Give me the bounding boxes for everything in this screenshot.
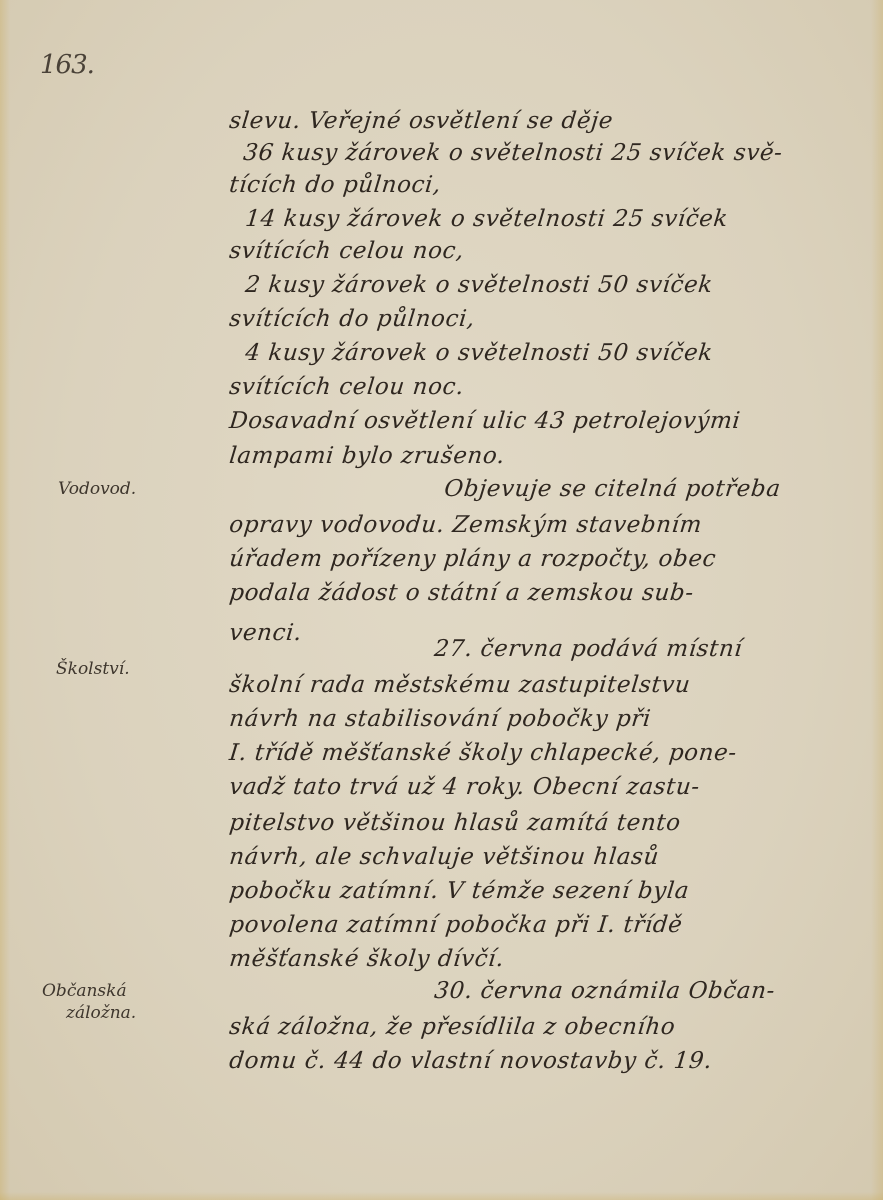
text-line: měšťanské školy dívčí. <box>228 946 505 972</box>
text-line: pobočku zatímní. V témže sezení byla <box>228 878 690 904</box>
text-line: úřadem pořízeny plány a rozpočty, obec <box>228 546 717 572</box>
margin-note-line-2: záložna. <box>42 1002 136 1024</box>
text-line: 30. června oznámila Občan- <box>228 978 776 1004</box>
text-line: tících do půlnoci, <box>228 172 442 198</box>
text-line: 36 kusy žárovek o světelnosti 25 svíček … <box>242 140 784 166</box>
margin-note-obcanska-zalozna: Občanská záložna. <box>42 980 136 1024</box>
text-line: svítících celou noc. <box>228 374 465 400</box>
margin-note-skolstvi: Školství. <box>56 658 130 680</box>
text-line: svítících celou noc, <box>228 238 465 264</box>
text-line: ská záložna, že přesídlila z obecního <box>228 1014 677 1040</box>
margin-note-line-1: Občanská <box>42 980 136 1002</box>
text-line: návrh, ale schvaluje většinou hlasů <box>228 844 660 870</box>
text-line: vadž tato trvá už 4 roky. Obecní zastu- <box>228 774 701 800</box>
text-line: pitelstvo většinou hlasů zamítá tento <box>228 810 682 836</box>
text-line: 2 kusy žárovek o světelnosti 50 svíček <box>244 272 714 298</box>
text-line: 4 kusy žárovek o světelnosti 50 svíček <box>244 340 714 366</box>
text-line: svítících do půlnoci, <box>228 306 476 332</box>
manuscript-page: 163. Vodovod. Školství. Občanská záložna… <box>0 0 883 1200</box>
text-line: opravy vodovodu. Zemským stavebním <box>228 512 703 538</box>
text-line: Objevuje se citelná potřeba <box>228 476 782 502</box>
text-line: slevu. Veřejné osvětlení se děje <box>228 108 614 134</box>
text-line: I. třídě měšťanské školy chlapecké, pone… <box>228 740 738 766</box>
text-line: podala žádost o státní a zemskou sub- <box>228 580 695 606</box>
text-line: povolena zatímní pobočka při I. třídě <box>228 912 684 938</box>
text-line: 14 kusy žárovek o světelnosti 25 svíček <box>244 206 729 232</box>
text-line: 27. června podává místní <box>228 636 744 662</box>
margin-note-vodovod: Vodovod. <box>58 478 136 500</box>
page-number: 163. <box>40 50 94 80</box>
text-line: návrh na stabilisování pobočky při <box>228 706 652 732</box>
text-line: Dosavadní osvětlení ulic 43 petrolejovým… <box>228 408 742 434</box>
text-line: domu č. 44 do vlastní novostavby č. 19. <box>228 1048 714 1074</box>
text-line: školní rada městskému zastupitelstvu <box>228 672 692 698</box>
text-line: lampami bylo zrušeno. <box>228 443 506 469</box>
